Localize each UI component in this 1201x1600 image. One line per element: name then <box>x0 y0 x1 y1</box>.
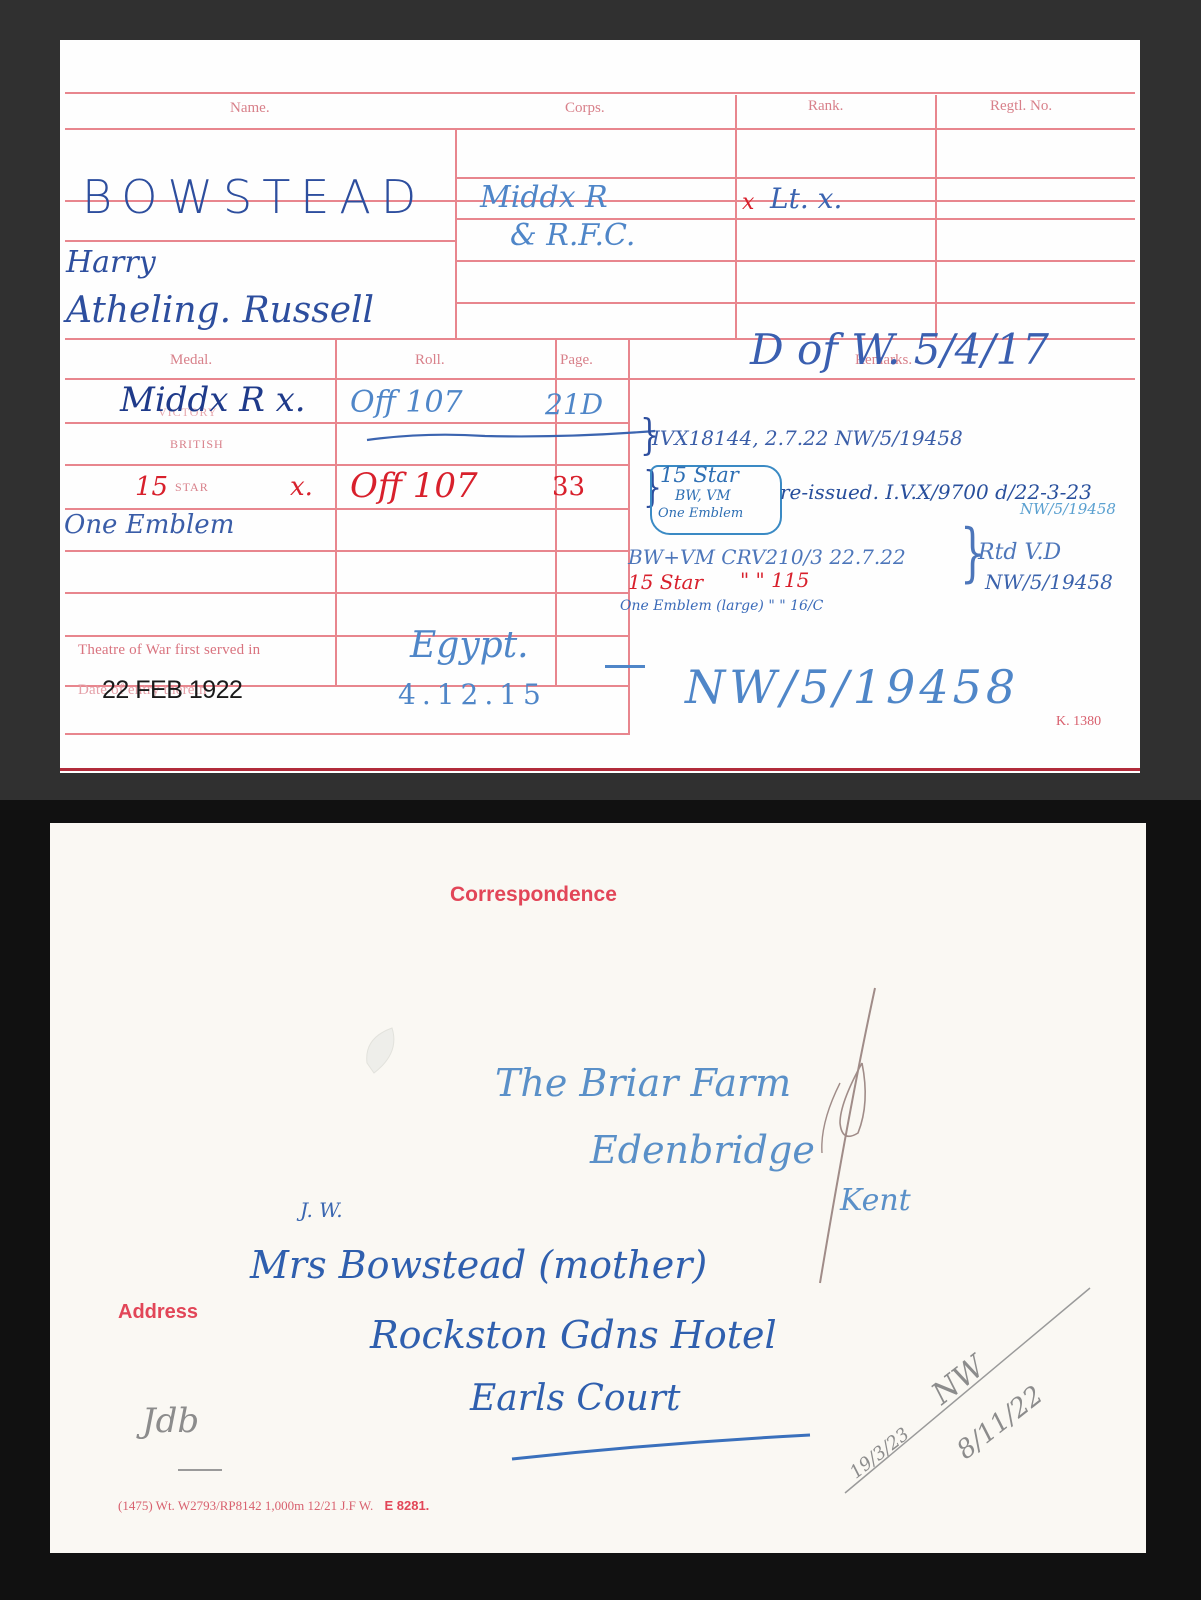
corps-line-2: & R.F.C. <box>510 218 635 253</box>
remarks-died-of-wounds: D of W. 5/4/17 <box>750 325 1049 374</box>
medal-card-back: Correspondence The Briar Farm Edenbridge… <box>50 823 1146 1553</box>
address-label: Address <box>118 1301 198 1324</box>
date-stamp: 22 FEB 1922 <box>102 676 242 705</box>
boxed-bw-vm: BW, VM <box>675 488 731 504</box>
remarks-15-star: 15 Star <box>628 570 703 594</box>
header-rank: Rank. <box>808 98 843 115</box>
rule <box>65 635 628 637</box>
header-name: Name. <box>230 100 270 117</box>
card-edge <box>60 768 1140 771</box>
date-of-entry-value: 4.12.15 <box>398 678 547 711</box>
medal-star-prefix: 15 <box>135 472 168 502</box>
medal-victory-entry: Middx R x. <box>120 380 306 420</box>
underline-stroke <box>510 1423 830 1463</box>
header-roll: Roll. <box>415 352 445 369</box>
address-prefix-initials: J. W. <box>300 1198 343 1222</box>
address-main-line-2: Rockston Gdns Hotel <box>370 1313 777 1357</box>
remarks-line-1: IVX18144, 2.7.22 NW/5/19458 <box>652 426 963 450</box>
address-top-line-2: Edenbridge <box>590 1128 815 1172</box>
header-medal: Medal. <box>170 352 212 369</box>
remarks-15-star-ref: " " 115 <box>740 568 809 592</box>
forename-line-1: Harry <box>66 245 156 280</box>
address-main-line-3: Earls Court <box>470 1378 680 1419</box>
header-corps: Corps. <box>565 100 605 117</box>
column-divider <box>455 128 457 338</box>
medal-british-label: BRITISH <box>170 437 224 452</box>
page-victory: 21D <box>545 388 603 421</box>
address-top-line-3: Kent <box>840 1183 911 1218</box>
column-divider <box>628 340 630 735</box>
correspondence-title: Correspondence <box>450 883 617 907</box>
rule <box>455 177 1135 179</box>
rule <box>65 592 628 594</box>
printer-code: E 8281. <box>384 1498 429 1513</box>
rule <box>65 92 1135 94</box>
column-divider <box>335 340 337 685</box>
printer-line: (1475) Wt. W2793/RP8142 1,000m 12/21 J.F… <box>118 1498 373 1513</box>
address-main-line-1: Mrs Bowstead (mother) <box>250 1243 707 1287</box>
forename-line-2: Atheling. Russell <box>66 290 374 331</box>
theatre-value: Egypt. <box>410 625 529 666</box>
rank-marker: x <box>742 190 754 215</box>
boxed-15-star: 15 Star <box>660 463 739 487</box>
rule <box>65 550 628 552</box>
roll-victory: Off 107 <box>350 385 463 420</box>
rule <box>65 240 455 242</box>
header-page: Page. <box>560 352 593 369</box>
file-reference: NW/5/19458 <box>685 660 1019 714</box>
rule <box>455 302 1135 304</box>
remarks-emblem-large: One Emblem (large) " " 16/C <box>620 598 823 614</box>
remarks-rtd-vd: Rtd V.D <box>978 540 1061 565</box>
boxed-one-emblem: One Emblem <box>658 506 743 521</box>
remarks-brace-ref: NW/5/19458 <box>985 570 1113 594</box>
bracket-stroke <box>365 428 665 448</box>
emboss-mark-icon <box>362 1023 402 1083</box>
pencil-initials: Jdb <box>142 1401 199 1441</box>
printer-imprint: (1475) Wt. W2793/RP8142 1,000m 12/21 J.F… <box>118 1498 429 1514</box>
dash-stroke <box>605 665 645 668</box>
remarks-bwvm-issue: BW+VM CRV210/3 22.7.22 <box>628 545 906 569</box>
medal-star-label: STAR <box>175 480 209 495</box>
form-code: K. 1380 <box>1056 714 1101 730</box>
rule <box>65 733 628 735</box>
rule <box>65 422 628 424</box>
remarks-reissued-ref: NW/5/19458 <box>1020 500 1116 518</box>
rule <box>455 260 1135 262</box>
surname: BOWSTEAD <box>82 170 426 224</box>
pencil-underline <box>178 1469 222 1471</box>
rank-value: Lt. x. <box>770 182 842 215</box>
roll-star: Off 107 <box>350 466 478 506</box>
theatre-label: Theatre of War first served in <box>78 642 260 659</box>
address-top-line-1: The Briar Farm <box>495 1061 791 1105</box>
one-emblem: One Emblem <box>64 510 234 540</box>
rule <box>65 464 628 466</box>
corps-line-1: Middx R <box>480 180 608 215</box>
page-star: 33 <box>552 472 585 502</box>
medal-card-front: Name. Corps. Rank. Regtl. No. BOWSTEAD H… <box>60 40 1140 773</box>
rule <box>65 128 1135 130</box>
medal-star-marker: x. <box>290 472 313 502</box>
header-regtl-no: Regtl. No. <box>990 98 1052 115</box>
